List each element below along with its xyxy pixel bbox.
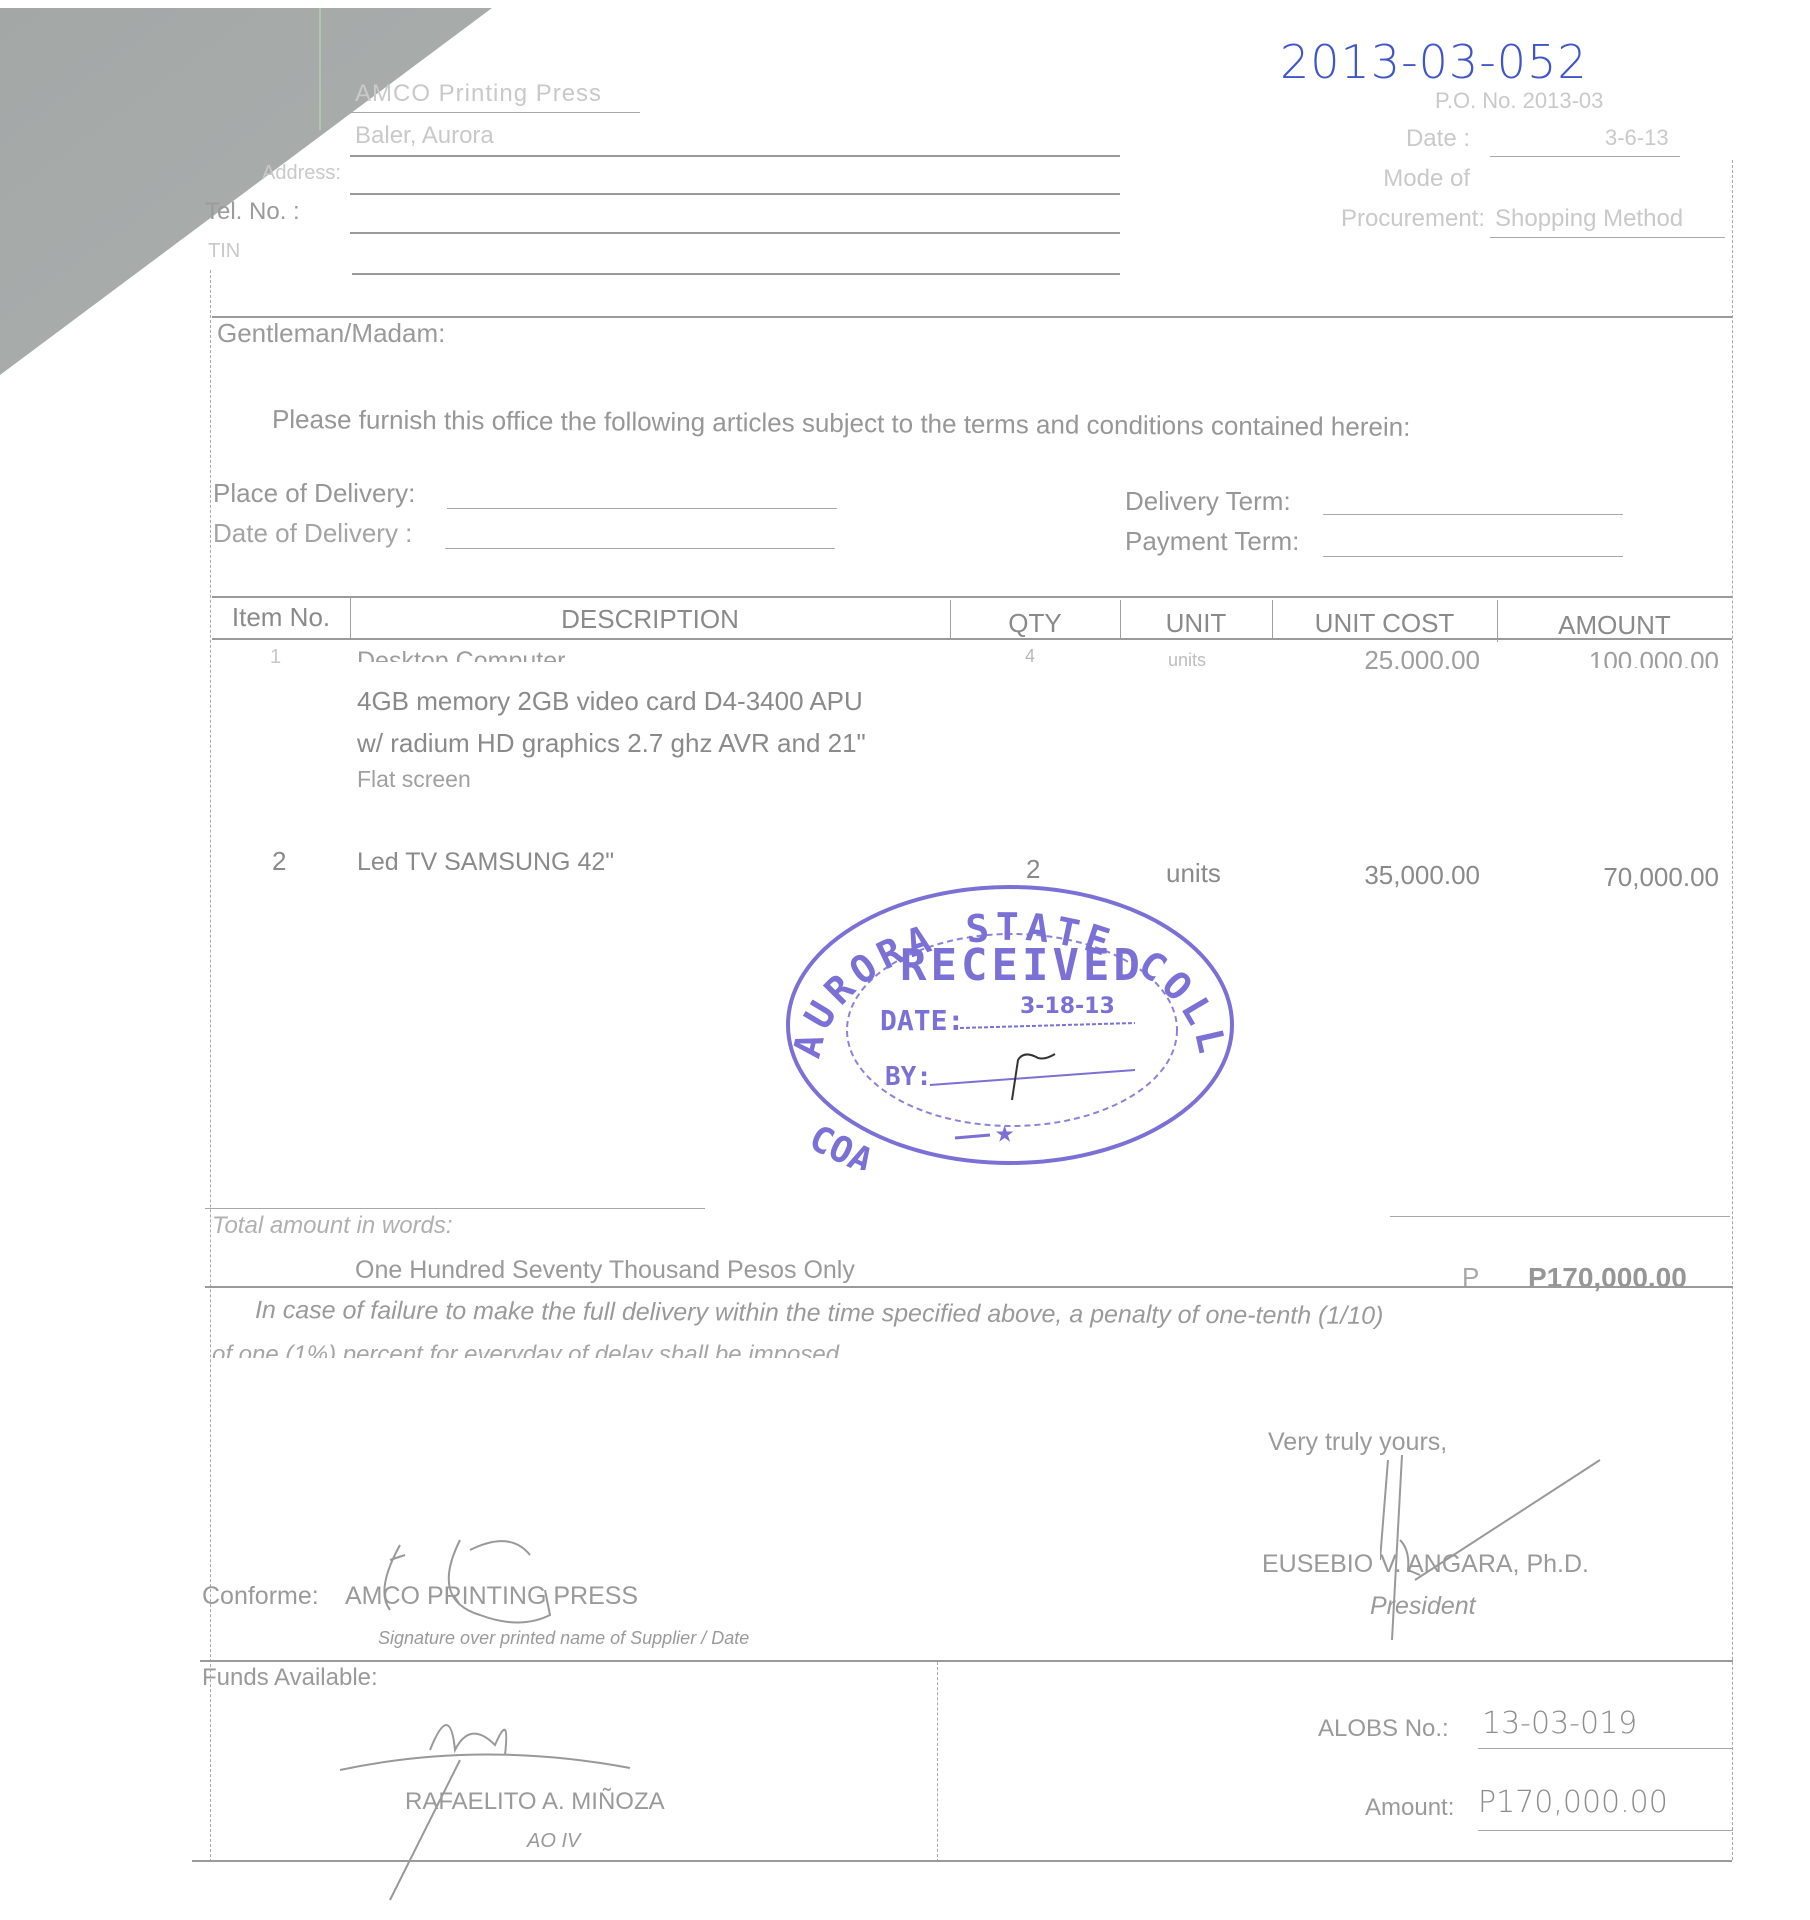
stamp-date-value: 3-18-13 <box>1020 994 1115 1019</box>
supplier-address-value: Baler, Aurora <box>355 122 494 150</box>
president-title: President <box>1370 1592 1476 1621</box>
supplier-signature-caption: Signature over printed name of Supplier … <box>378 1628 749 1649</box>
frame-left <box>210 270 211 1862</box>
conforme-bottom-line <box>200 1660 1733 1662</box>
salutation: Gentleman/Madam: <box>217 318 445 349</box>
received-stamp: AURORA STATE COLLEGE OF TECHNOLOGY COA ★… <box>780 880 1240 1170</box>
accountant-title: AO IV <box>527 1830 580 1853</box>
header-qty: QTY <box>950 608 1120 639</box>
item-description-line: w/ radium HD graphics 2.7 ghz AVR and 21… <box>357 728 866 759</box>
mode-label-2: Procurement: <box>1310 205 1485 233</box>
supplier-name-value: AMCO Printing Press <box>355 80 602 108</box>
president-name: EUSEBIO V. ANGARA, Ph.D. <box>1262 1550 1589 1579</box>
table-top-border <box>212 596 1732 598</box>
tel-label: Tel. No. : <box>205 198 300 226</box>
penalty-text-line-1: In case of failure to make the full deli… <box>255 1296 1384 1331</box>
total-words-value: One Hundred Seventy Thousand Pesos Only <box>355 1256 855 1285</box>
header-description: DESCRIPTION <box>350 604 950 635</box>
amount-value[interactable]: P170,000.00 <box>1478 1785 1668 1820</box>
item-description-line: 4GB memory 2GB video card D4-3400 APU <box>357 686 863 717</box>
address-label: Address: <box>262 162 341 185</box>
item-unit: units <box>1168 650 1206 671</box>
header-amount: AMOUNT <box>1497 610 1732 641</box>
item-amount: 70,000.00 <box>1497 862 1719 893</box>
currency-symbol: P <box>1462 1262 1479 1293</box>
date-of-delivery-label: Date of Delivery : <box>213 518 412 549</box>
place-of-delivery-field[interactable] <box>447 508 837 509</box>
stamp-by-label: BY: <box>885 1062 932 1092</box>
delivery-term-field[interactable] <box>1323 514 1623 515</box>
item-no: 1 <box>270 646 281 669</box>
accountant-name: RAFAELITO A. MIÑOZA <box>405 1788 665 1816</box>
item-unit-cost: 35,000.00 <box>1262 860 1480 891</box>
alobs-label: ALOBS No.: <box>1318 1715 1449 1743</box>
header-unit-cost: UNIT COST <box>1272 608 1497 639</box>
supplier-signature <box>370 1520 630 1640</box>
address-underline <box>350 155 1120 157</box>
frame-bottom <box>192 1860 1732 1862</box>
penalty-text-line-2: of one (1%) percent for everyday of dela… <box>212 1338 846 1358</box>
item-description-line: Led TV SAMSUNG 42" <box>357 848 614 877</box>
po-number: P.O. No. 2013-03 <box>1435 88 1603 114</box>
address-line-2 <box>350 193 1120 195</box>
stamp-star-icon: ★ <box>995 1112 1014 1150</box>
closing-text: Very truly yours, <box>1268 1428 1447 1457</box>
funds-divider <box>937 1662 938 1862</box>
tin-label: TIN <box>208 240 240 263</box>
header-item-no: Item No. <box>212 602 350 633</box>
stamp-title: RECEIVED <box>900 940 1144 991</box>
item-description-line: Desktop Computer <box>357 640 565 662</box>
total-amount: P170,000.00 <box>1528 1262 1687 1294</box>
alobs-underline <box>1478 1748 1733 1749</box>
stamp-date-label: DATE: <box>880 1004 964 1037</box>
frame-right <box>1732 160 1733 1860</box>
handwritten-reference: 2013-03-052 <box>1280 35 1588 89</box>
place-of-delivery-label: Place of Delivery: <box>213 478 415 509</box>
mode-label-1: Mode of <box>1330 165 1470 193</box>
payment-term-field[interactable] <box>1323 556 1623 557</box>
supplier-underline <box>350 112 640 113</box>
payment-term-label: Payment Term: <box>1125 526 1299 557</box>
tel-underline <box>350 232 1120 234</box>
item-amount: 100,000.00 <box>1497 646 1719 668</box>
delivery-term-label: Delivery Term: <box>1125 486 1291 517</box>
total-words-label: Total amount in words: <box>212 1212 453 1240</box>
conforme-label: Conforme: <box>202 1582 319 1611</box>
alobs-value[interactable]: 13-03-019 <box>1482 1706 1637 1741</box>
date-of-delivery-field[interactable] <box>445 548 835 549</box>
item-description-line: Flat screen <box>357 766 471 793</box>
item-unit-cost: 25,000.00 <box>1262 645 1480 669</box>
total-bottom-line <box>205 1286 1733 1288</box>
header-unit: UNIT <box>1120 608 1272 639</box>
date-value: 3-6-13 <box>1605 125 1669 151</box>
total-top-line-left <box>205 1208 705 1209</box>
stamp-coa-text: COA <box>803 1118 880 1170</box>
amount-underline <box>1478 1830 1733 1831</box>
mode-underline <box>1490 237 1725 238</box>
tin-underline <box>352 273 1120 275</box>
total-top-line-right <box>1390 1216 1730 1217</box>
supplier-signatory-name: AMCO PRINTING PRESS <box>345 1582 638 1611</box>
item-no: 2 <box>272 846 286 877</box>
date-underline <box>1490 156 1680 157</box>
instruction-text: Please furnish this office the following… <box>272 404 1411 443</box>
mode-value: Shopping Method <box>1495 205 1683 233</box>
item-qty: 4 <box>1025 646 1035 667</box>
funds-available-label: Funds Available: <box>202 1664 378 1692</box>
amount-label: Amount: <box>1365 1794 1454 1822</box>
date-label: Date : <box>1355 125 1470 153</box>
